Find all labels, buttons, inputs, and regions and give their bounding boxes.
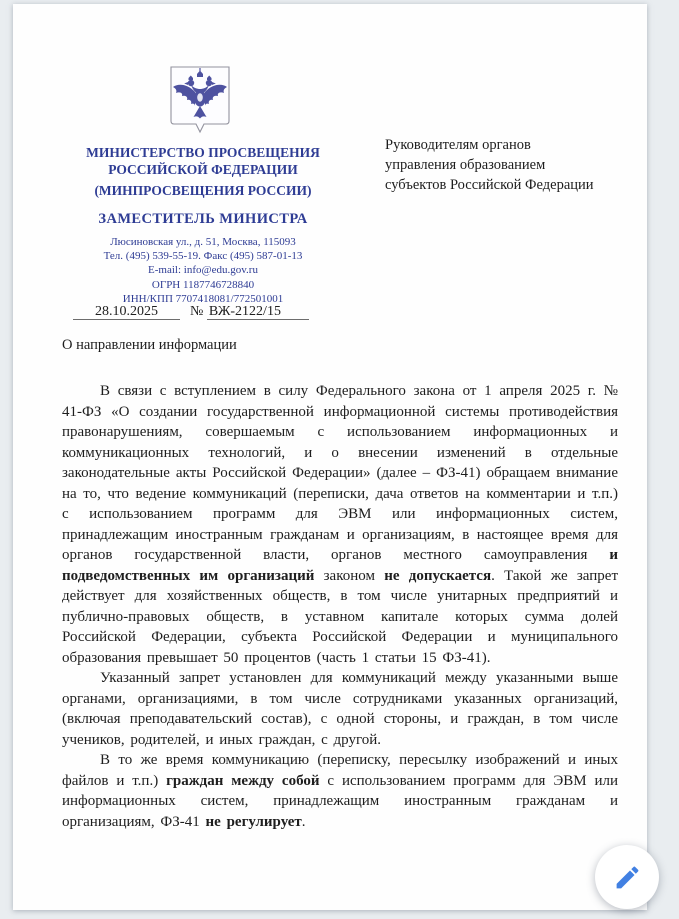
ministry-line-3: (МИНПРОСВЕЩЕНИЯ РОССИИ)	[53, 182, 353, 199]
recipient-line-1: Руководителям органов	[385, 135, 635, 155]
contact-block: Люсиновская ул., д. 51, Москва, 115093 Т…	[53, 235, 353, 306]
contact-email: E-mail: info@edu.gov.ru	[53, 263, 353, 277]
ministry-line-1: МИНИСТЕРСТВО ПРОСВЕЩЕНИЯ	[86, 145, 320, 160]
body-run: законом	[314, 568, 384, 584]
number-sign: №	[190, 304, 203, 319]
body-run-bold: не допускается	[384, 568, 491, 584]
body-run: Указанный запрет установлен для коммуник…	[62, 670, 618, 748]
pencil-icon	[613, 863, 642, 892]
body-run-bold: не регулирует	[206, 814, 302, 830]
recipient-block: Руководителям органов управления образов…	[385, 135, 635, 195]
recipient-line-2: управления образованием	[385, 155, 635, 175]
ministry-line-2: РОССИЙСКОЙ ФЕДЕРАЦИИ	[108, 162, 298, 177]
recipient-line-3: субъектов Российской Федерации	[385, 175, 635, 195]
subject-line: О направлении информации	[62, 337, 237, 354]
body-run: .	[302, 814, 306, 830]
contact-address: Люсиновская ул., д. 51, Москва, 115093	[53, 235, 353, 249]
body-run-bold: граждан между собой	[166, 773, 319, 789]
body-paragraph: Указанный запрет установлен для коммуник…	[62, 668, 618, 750]
letter-body: В связи с вступлением в силу Федеральног…	[62, 381, 618, 832]
contact-phone-fax: Тел. (495) 539-55-19. Факс (495) 587-01-…	[53, 249, 353, 263]
compose-button[interactable]	[595, 845, 659, 909]
reference-line: 28.10.2025№ ВЖ-2122/15	[73, 304, 309, 320]
letter-number: ВЖ-2122/15	[207, 304, 309, 320]
russia-coat-of-arms-icon	[168, 66, 232, 138]
letter-page: МИНИСТЕРСТВО ПРОСВЕЩЕНИЯ РОССИЙСКОЙ ФЕДЕ…	[13, 4, 647, 910]
official-title: ЗАМЕСТИТЕЛЬ МИНИСТРА	[53, 211, 353, 228]
body-paragraph: В связи с вступлением в силу Федеральног…	[62, 381, 618, 668]
screenshot-stage: МИНИСТЕРСТВО ПРОСВЕЩЕНИЯ РОССИЙСКОЙ ФЕДЕ…	[0, 0, 679, 919]
body-run: В связи с вступлением в силу Федеральног…	[62, 383, 618, 563]
letter-date: 28.10.2025	[73, 304, 180, 320]
contact-ogrn: ОГРН 1187746728840	[53, 278, 353, 292]
ministry-name: МИНИСТЕРСТВО ПРОСВЕЩЕНИЯ РОССИЙСКОЙ ФЕДЕ…	[53, 144, 353, 199]
body-paragraph: В то же время коммуникацию (переписку, п…	[62, 750, 618, 832]
